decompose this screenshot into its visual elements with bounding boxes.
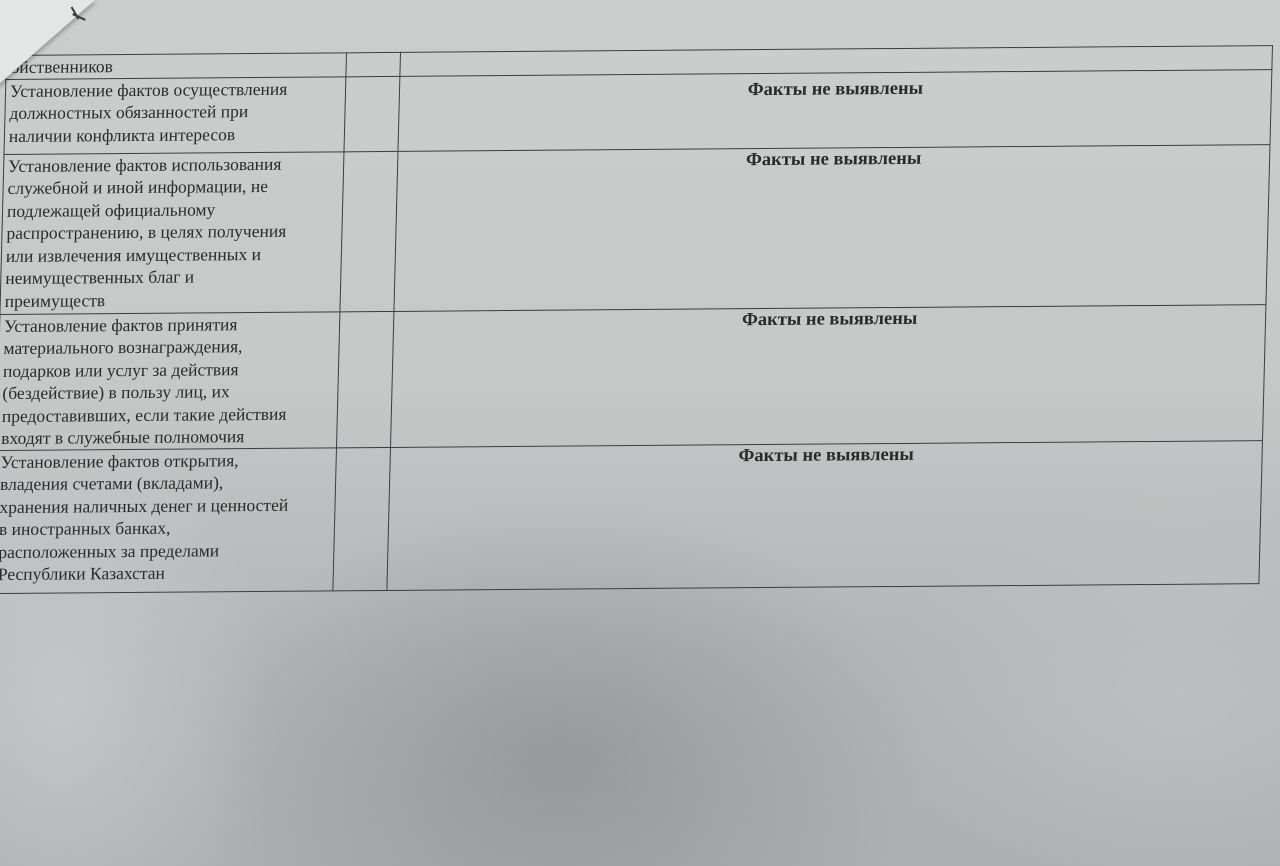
criterion-cell: Установление фактов использования служеб… [0, 151, 344, 314]
table-row: Установление фактов осуществления должно… [4, 69, 1272, 154]
table-row: Установление фактов использования служеб… [0, 144, 1270, 314]
criterion-cell: Установление фактов принятия материально… [0, 311, 340, 450]
document-table-container: ойственников Установление фактов осущест… [0, 45, 1273, 594]
mark-cell [346, 52, 401, 76]
criterion-cell: Установление фактов открытия, владения с… [0, 447, 337, 593]
result-cell: Факты не выявлены [387, 440, 1263, 590]
findings-table: ойственников Установление фактов осущест… [0, 45, 1273, 594]
mark-cell [337, 311, 394, 447]
mark-cell [344, 76, 400, 151]
staple-mark-icon [70, 6, 88, 20]
table-row: Установление фактов принятия материально… [0, 304, 1266, 450]
mark-cell [340, 151, 398, 311]
result-cell: Факты не выявлены [391, 304, 1266, 447]
mark-cell [333, 447, 391, 590]
table-row: Установление фактов открытия, владения с… [0, 440, 1263, 593]
result-cell: Факты не выявлены [398, 69, 1272, 151]
result-cell: Факты не выявлены [394, 144, 1270, 311]
